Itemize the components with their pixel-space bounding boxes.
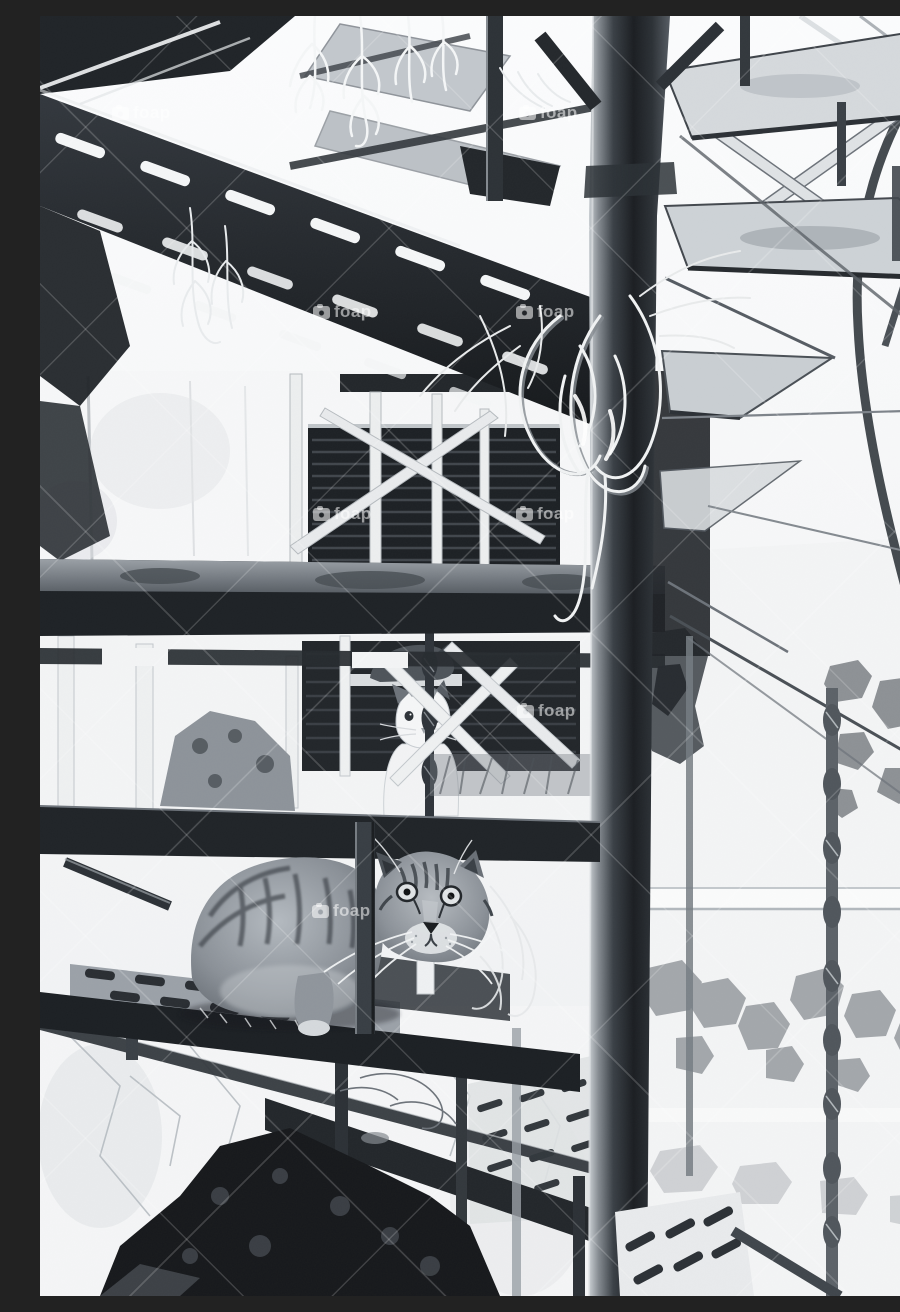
film-grain: [40, 16, 900, 1296]
photo-artwork: [40, 16, 900, 1296]
photo: foap foap foap foap foap foap foap foap: [40, 16, 900, 1296]
